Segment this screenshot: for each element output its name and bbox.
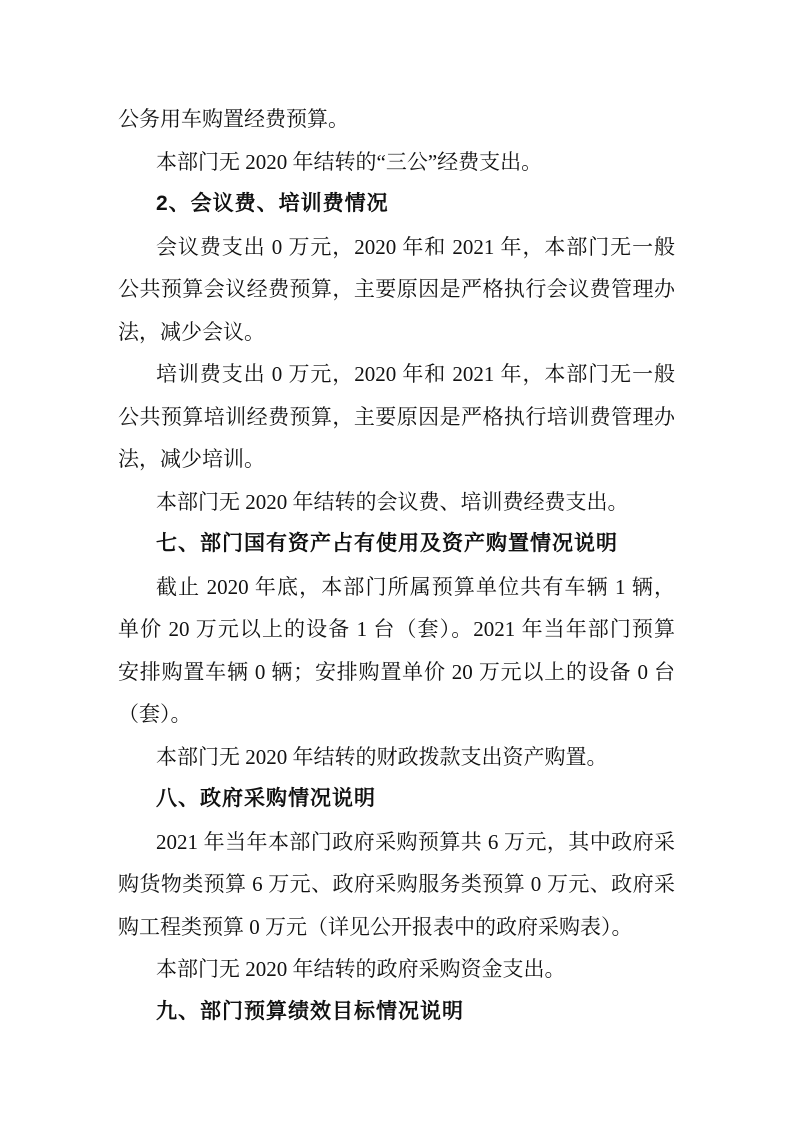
paragraph: 本部门无 2020 年结转的政府采购资金支出。 [118, 948, 675, 991]
paragraph: 培训费支出 0 万元，2020 年和 2021 年，本部门无一般 公共预算培训经… [118, 353, 675, 481]
text-line: 安排购置车辆 0 辆；安排购置单价 20 万元以上的设备 0 台 [118, 651, 675, 694]
text-line: 法，减少培训。 [118, 438, 675, 481]
text-line: 公务用车购置经费预算。 [118, 98, 675, 141]
paragraph: 本部门无 2020 年结转的会议费、培训费经费支出。 [118, 481, 675, 524]
paragraph: 截止 2020 年底，本部门所属预算单位共有车辆 1 辆， 单价 20 万元以上… [118, 566, 675, 736]
text-line: 购工程类预算 0 万元（详见公开报表中的政府采购表）。 [118, 906, 675, 949]
heading-line: 2、会议费、培训费情况 [118, 183, 675, 226]
text-line: 本部门无 2020 年结转的财政拨款支出资产购置。 [118, 736, 675, 779]
heading-line: 八、政府采购情况说明 [118, 778, 675, 821]
section-heading-government-procurement: 八、政府采购情况说明 [118, 778, 675, 821]
document-content: 公务用车购置经费预算。 本部门无 2020 年结转的“三公”经费支出。 2、会议… [118, 98, 675, 1033]
paragraph: 2021 年当年本部门政府采购预算共 6 万元，其中政府采 购货物类预算 6 万… [118, 821, 675, 949]
text-line: 2021 年当年本部门政府采购预算共 6 万元，其中政府采 [118, 821, 675, 864]
document-page: 公务用车购置经费预算。 本部门无 2020 年结转的“三公”经费支出。 2、会议… [0, 0, 793, 1122]
text-line: 本部门无 2020 年结转的“三公”经费支出。 [118, 141, 675, 184]
text-line: （套）。 [118, 693, 675, 736]
heading-line: 九、部门预算绩效目标情况说明 [118, 991, 675, 1034]
section-heading-state-assets: 七、部门国有资产占有使用及资产购置情况说明 [118, 523, 675, 566]
text-line: 培训费支出 0 万元，2020 年和 2021 年，本部门无一般 [118, 353, 675, 396]
text-line: 会议费支出 0 万元，2020 年和 2021 年，本部门无一般 [118, 226, 675, 269]
text-line: 购货物类预算 6 万元、政府采购服务类预算 0 万元、政府采 [118, 863, 675, 906]
text-line: 截止 2020 年底，本部门所属预算单位共有车辆 1 辆， [118, 566, 675, 609]
text-line: 本部门无 2020 年结转的政府采购资金支出。 [118, 948, 675, 991]
text-line: 单价 20 万元以上的设备 1 台（套）。2021 年当年部门预算 [118, 608, 675, 651]
section-heading-meeting-training: 2、会议费、培训费情况 [118, 183, 675, 226]
text-line: 公共预算会议经费预算，主要原因是严格执行会议费管理办 [118, 268, 675, 311]
paragraph: 本部门无 2020 年结转的“三公”经费支出。 [118, 141, 675, 184]
text-line: 公共预算培训经费预算，主要原因是严格执行培训费管理办 [118, 396, 675, 439]
section-heading-performance-targets: 九、部门预算绩效目标情况说明 [118, 991, 675, 1034]
paragraph: 本部门无 2020 年结转的财政拨款支出资产购置。 [118, 736, 675, 779]
paragraph-continuation: 公务用车购置经费预算。 [118, 98, 675, 141]
text-line: 本部门无 2020 年结转的会议费、培训费经费支出。 [118, 481, 675, 524]
text-line: 法，减少会议。 [118, 311, 675, 354]
paragraph: 会议费支出 0 万元，2020 年和 2021 年，本部门无一般 公共预算会议经… [118, 226, 675, 354]
heading-line: 七、部门国有资产占有使用及资产购置情况说明 [118, 523, 675, 566]
